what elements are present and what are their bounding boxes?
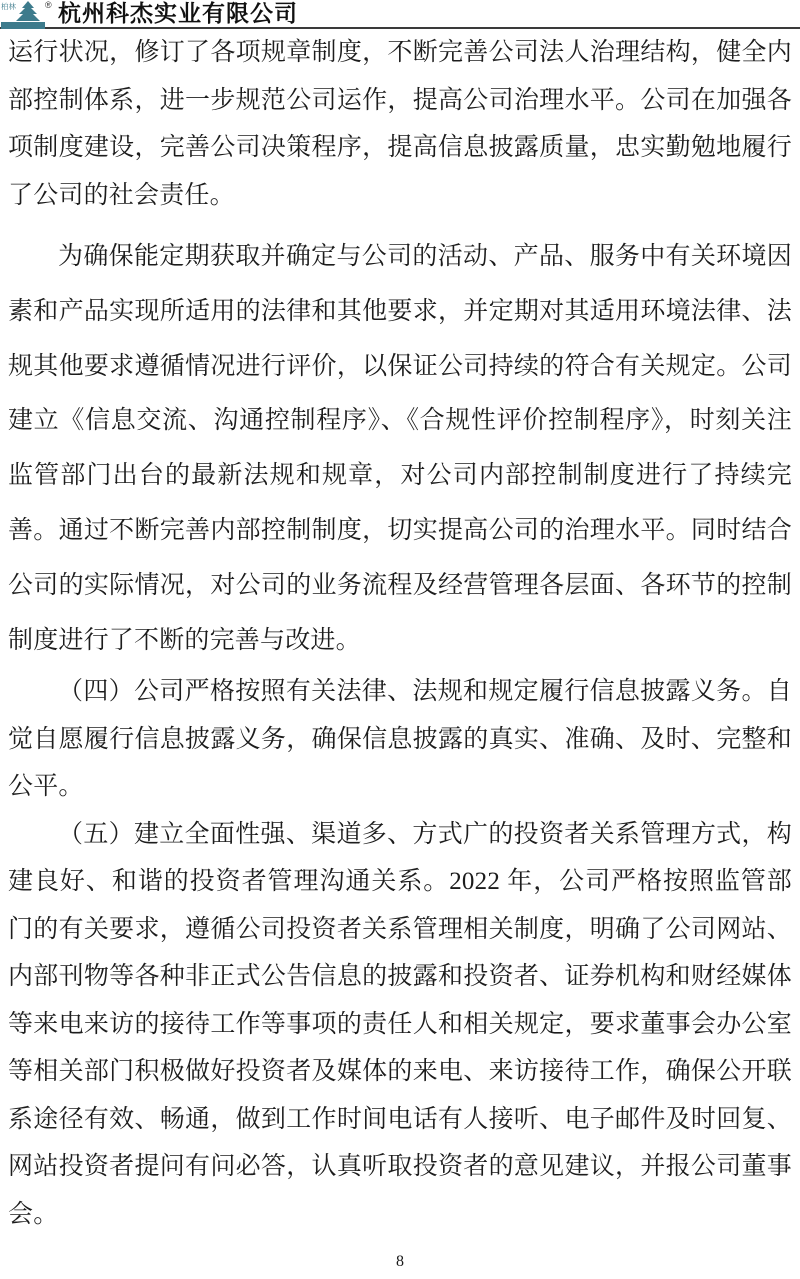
company-logo: 柏林 ® <box>0 0 56 30</box>
document-page: 柏林 ® 杭州科杰实业有限公司 运行状况，修订了各项规章制度，不断完善公司法人治… <box>0 0 800 1279</box>
pine-tree-shape <box>16 1 40 21</box>
document-body: 运行状况，修订了各项规章制度，不断完善公司法人治理结构，健全内部控制体系，进一步… <box>8 29 792 1238</box>
page-footer: 8 <box>0 1253 800 1271</box>
pine-tree-logo-icon: 柏林 ® <box>0 0 56 30</box>
page-number: 8 <box>396 1253 404 1270</box>
logo-brand-text: 柏林 <box>1 1 16 11</box>
paragraph-2: 为确保能定期获取并确定与公司的活动、产品、服务中有关环境因素和产品实现所适用的法… <box>8 230 792 668</box>
page-header: 柏林 ® 杭州科杰实业有限公司 <box>0 0 800 29</box>
paragraph-1: 运行状况，修订了各项规章制度，不断完善公司法人治理结构，健全内部控制体系，进一步… <box>8 29 792 219</box>
paragraph-4: （五）建立全面性强、渠道多、方式广的投资者关系管理方式，构建良好、和谐的投资者管… <box>8 811 792 1239</box>
logo-base-bar <box>1 22 45 29</box>
paragraph-3: （四）公司严格按照有关法律、法规和规定履行信息披露义务。自觉自愿履行信息披露义务… <box>8 668 792 811</box>
registered-trademark-icon: ® <box>45 0 52 10</box>
company-name: 杭州科杰实业有限公司 <box>58 0 298 27</box>
